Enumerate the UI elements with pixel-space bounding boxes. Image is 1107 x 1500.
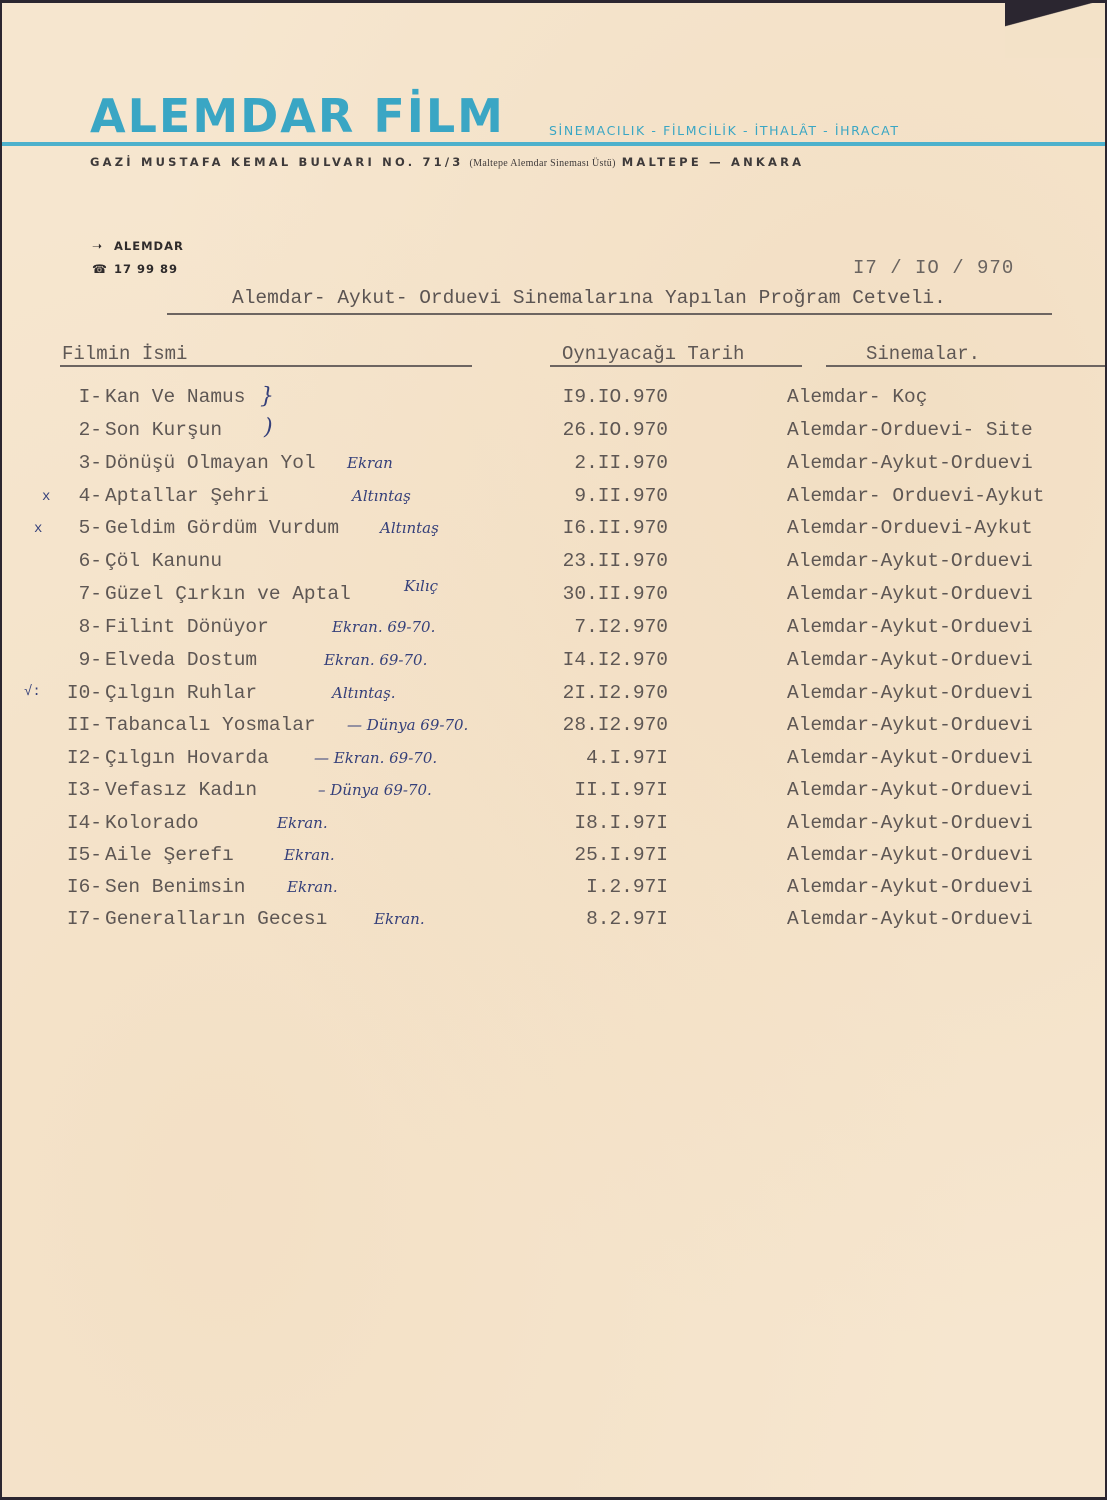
cinema-list: Alemdar-Aykut-Orduevi [787, 812, 1033, 834]
title-underline [167, 313, 1052, 315]
table-row: I6- Sen Benimsin Ekran. I.2.97I Alemdar-… [2, 876, 1105, 908]
screening-date: I.2.97I [522, 876, 668, 898]
screening-date: I6.II.970 [522, 517, 668, 539]
screening-date: I9.IO.970 [522, 386, 668, 408]
row-number: 7- [52, 583, 102, 605]
film-title: Çılgın Hovarda [105, 747, 269, 769]
film-title: Generalların Gecesı [105, 908, 327, 930]
screening-date: 2I.I2.970 [522, 682, 668, 704]
cinema-list: Alemdar-Aykut-Orduevi [787, 682, 1033, 704]
margin-mark: x [34, 521, 42, 537]
handwritten-note: Altıntaş [352, 487, 411, 505]
row-number: I- [52, 386, 102, 408]
handwritten-note: Ekran [347, 454, 393, 472]
handwritten-brace: ) [264, 415, 273, 440]
address-street: GAZİ MUSTAFA KEMAL BULVARI NO. 71/3 [90, 155, 464, 169]
phone-number: 17 99 89 [114, 262, 178, 276]
cinema-list: Alemdar-Aykut-Orduevi [787, 747, 1033, 769]
cinema-list: Alemdar-Aykut-Orduevi [787, 714, 1033, 736]
cinema-list: Alemdar-Aykut-Orduevi [787, 583, 1033, 605]
table-row: 2- Son Kurşun ) 26.IO.970 Alemdar-Orduev… [2, 419, 1105, 451]
cinema-list: Alemdar-Aykut-Orduevi [787, 908, 1033, 930]
table-row: I3- Vefasız Kadın – Dünya 69-70. II.I.97… [2, 779, 1105, 811]
row-number: I7- [52, 908, 102, 930]
handwritten-note: Altıntaş. [332, 684, 396, 702]
handwritten-note: Ekran. [287, 878, 338, 896]
film-title: Kolorado [105, 812, 199, 834]
handwritten-note: Ekran. [284, 846, 335, 864]
document-page: ALEMDAR FİLM SİNEMACILIK - FİLMCİLİK - İ… [2, 3, 1105, 1497]
handwritten-note: – Dünya 69-70. [318, 781, 432, 799]
handwritten-note: Kılıç [404, 577, 438, 595]
folded-corner [1005, 3, 1105, 58]
telegram-label: ALEMDAR [114, 239, 184, 253]
table-row: I2- Çılgın Hovarda — Ekran. 69-70. 4.I.9… [2, 747, 1105, 779]
cinema-list: Alemdar-Aykut-Orduevi [787, 876, 1033, 898]
row-number: I4- [52, 812, 102, 834]
film-title: Aptallar Şehri [105, 485, 269, 507]
margin-mark: x [42, 489, 50, 505]
film-title: Dönüşü Olmayan Yol [105, 452, 316, 474]
row-number: 3- [52, 452, 102, 474]
row-number: I0- [52, 682, 102, 704]
row-number: I3- [52, 779, 102, 801]
film-title: Kan Ve Namus [105, 386, 245, 408]
table-row: 8- Filint Dönüyor Ekran. 69-70. 7.I2.970… [2, 616, 1105, 648]
film-title: Vefasız Kadın [105, 779, 257, 801]
film-title: Çılgın Ruhlar [105, 682, 257, 704]
table-row: I- Kan Ve Namus } I9.IO.970 Alemdar- Koç [2, 386, 1105, 418]
handwritten-note: Altıntaş [380, 519, 439, 537]
screening-date: 30.II.970 [522, 583, 668, 605]
column-header-cinemas: Sinemalar. [866, 343, 980, 365]
column-underline [60, 365, 472, 367]
row-number: 2- [52, 419, 102, 441]
telegram-line: ➝ALEMDAR [92, 239, 184, 253]
screening-date: 26.IO.970 [522, 419, 668, 441]
phone-line: ☎17 99 89 [92, 262, 178, 276]
letterhead-divider [2, 142, 1105, 146]
screening-date: 2.II.970 [522, 452, 668, 474]
row-number: II- [52, 714, 102, 736]
row-number: I5- [52, 844, 102, 866]
table-row: x 5- Geldim Gördüm Vurdum Altıntaş I6.II… [2, 517, 1105, 549]
company-tagline: SİNEMACILIK - FİLMCİLİK - İTHALÂT - İHRA… [549, 123, 900, 138]
screening-date: 8.2.97I [522, 908, 668, 930]
handwritten-brace: } [260, 384, 274, 409]
film-title: Aile Şerefı [105, 844, 234, 866]
cinema-list: Alemdar-Aykut-Orduevi [787, 844, 1033, 866]
row-number: 6- [52, 550, 102, 572]
address-city: MALTEPE — ANKARA [622, 155, 805, 169]
screening-date: 9.II.970 [522, 485, 668, 507]
film-title: Tabancalı Yosmalar [105, 714, 316, 736]
film-title: Güzel Çırkın ve Aptal [105, 583, 351, 605]
row-number: 8- [52, 616, 102, 638]
row-number: 5- [52, 517, 102, 539]
screening-date: 7.I2.970 [522, 616, 668, 638]
table-row: I4- Kolorado Ekran. I8.I.97I Alemdar-Ayk… [2, 812, 1105, 844]
table-row: 7- Güzel Çırkın ve Aptal Kılıç 30.II.970… [2, 583, 1105, 615]
table-row: II- Tabancalı Yosmalar — Dünya 69-70. 28… [2, 714, 1105, 746]
table-row: x 4- Aptallar Şehri Altıntaş 9.II.970 Al… [2, 485, 1105, 517]
film-title: Elveda Dostum [105, 649, 257, 671]
table-row: I7- Generalların Gecesı Ekran. 8.2.97I A… [2, 908, 1105, 940]
film-title: Filint Dönüyor [105, 616, 269, 638]
table-row: 6- Çöl Kanunu 23.II.970 Alemdar-Aykut-Or… [2, 550, 1105, 582]
column-underline [550, 365, 802, 367]
telephone-icon: ☎ [92, 262, 114, 276]
table-row: I5- Aile Şerefı Ekran. 25.I.97I Alemdar-… [2, 844, 1105, 876]
handwritten-note: Ekran. [374, 910, 425, 928]
address-note: (Maltepe Alemdar Sineması Üstü) [470, 158, 616, 169]
cinema-list: Alemdar- Koç [787, 386, 927, 408]
cinema-list: Alemdar-Aykut-Orduevi [787, 649, 1033, 671]
screening-date: 23.II.970 [522, 550, 668, 572]
row-number: I2- [52, 747, 102, 769]
screening-date: 25.I.97I [522, 844, 668, 866]
document-date: I7 / IO / 970 [853, 257, 1014, 279]
handwritten-note: — Dünya 69-70. [347, 716, 468, 734]
handwritten-note: Ekran. 69-70. [324, 651, 427, 669]
cinema-list: Alemdar-Aykut-Orduevi [787, 616, 1033, 638]
screening-date: I8.I.97I [522, 812, 668, 834]
film-title: Çöl Kanunu [105, 550, 222, 572]
film-title: Sen Benimsin [105, 876, 245, 898]
handwritten-note: Ekran. [277, 814, 328, 832]
screening-date: 28.I2.970 [522, 714, 668, 736]
screening-date: 4.I.97I [522, 747, 668, 769]
checkmark: √: [24, 684, 41, 700]
document-title: Alemdar- Aykut- Orduevi Sinemalarına Yap… [232, 287, 946, 309]
row-number: I6- [52, 876, 102, 898]
company-address: GAZİ MUSTAFA KEMAL BULVARI NO. 71/3(Malt… [90, 155, 804, 169]
column-header-film: Filmin İsmi [62, 343, 187, 365]
column-header-date: Oynıyacağı Tarih [562, 343, 744, 365]
film-title: Son Kurşun [105, 419, 222, 441]
handwritten-note: Ekran. 69-70. [332, 618, 435, 636]
cinema-list: Alemdar-Aykut-Orduevi [787, 550, 1033, 572]
cinema-list: Alemdar- Orduevi-Aykut [787, 485, 1044, 507]
film-title: Geldim Gördüm Vurdum [105, 517, 339, 539]
cinema-list: Alemdar-Orduevi-Aykut [787, 517, 1033, 539]
screening-date: I4.I2.970 [522, 649, 668, 671]
telegram-arrow-icon: ➝ [92, 239, 114, 253]
cinema-list: Alemdar-Aykut-Orduevi [787, 452, 1033, 474]
cinema-list: Alemdar-Orduevi- Site [787, 419, 1033, 441]
cinema-list: Alemdar-Aykut-Orduevi [787, 779, 1033, 801]
column-underline [826, 365, 1105, 367]
handwritten-note: — Ekran. 69-70. [314, 749, 437, 767]
row-number: 4- [52, 485, 102, 507]
table-row: 3- Dönüşü Olmayan Yol Ekran 2.II.970 Ale… [2, 452, 1105, 484]
company-logo: ALEMDAR FİLM [90, 89, 505, 143]
row-number: 9- [52, 649, 102, 671]
screening-date: II.I.97I [522, 779, 668, 801]
table-row: √: I0- Çılgın Ruhlar Altıntaş. 2I.I2.970… [2, 682, 1105, 714]
table-row: 9- Elveda Dostum Ekran. 69-70. I4.I2.970… [2, 649, 1105, 681]
